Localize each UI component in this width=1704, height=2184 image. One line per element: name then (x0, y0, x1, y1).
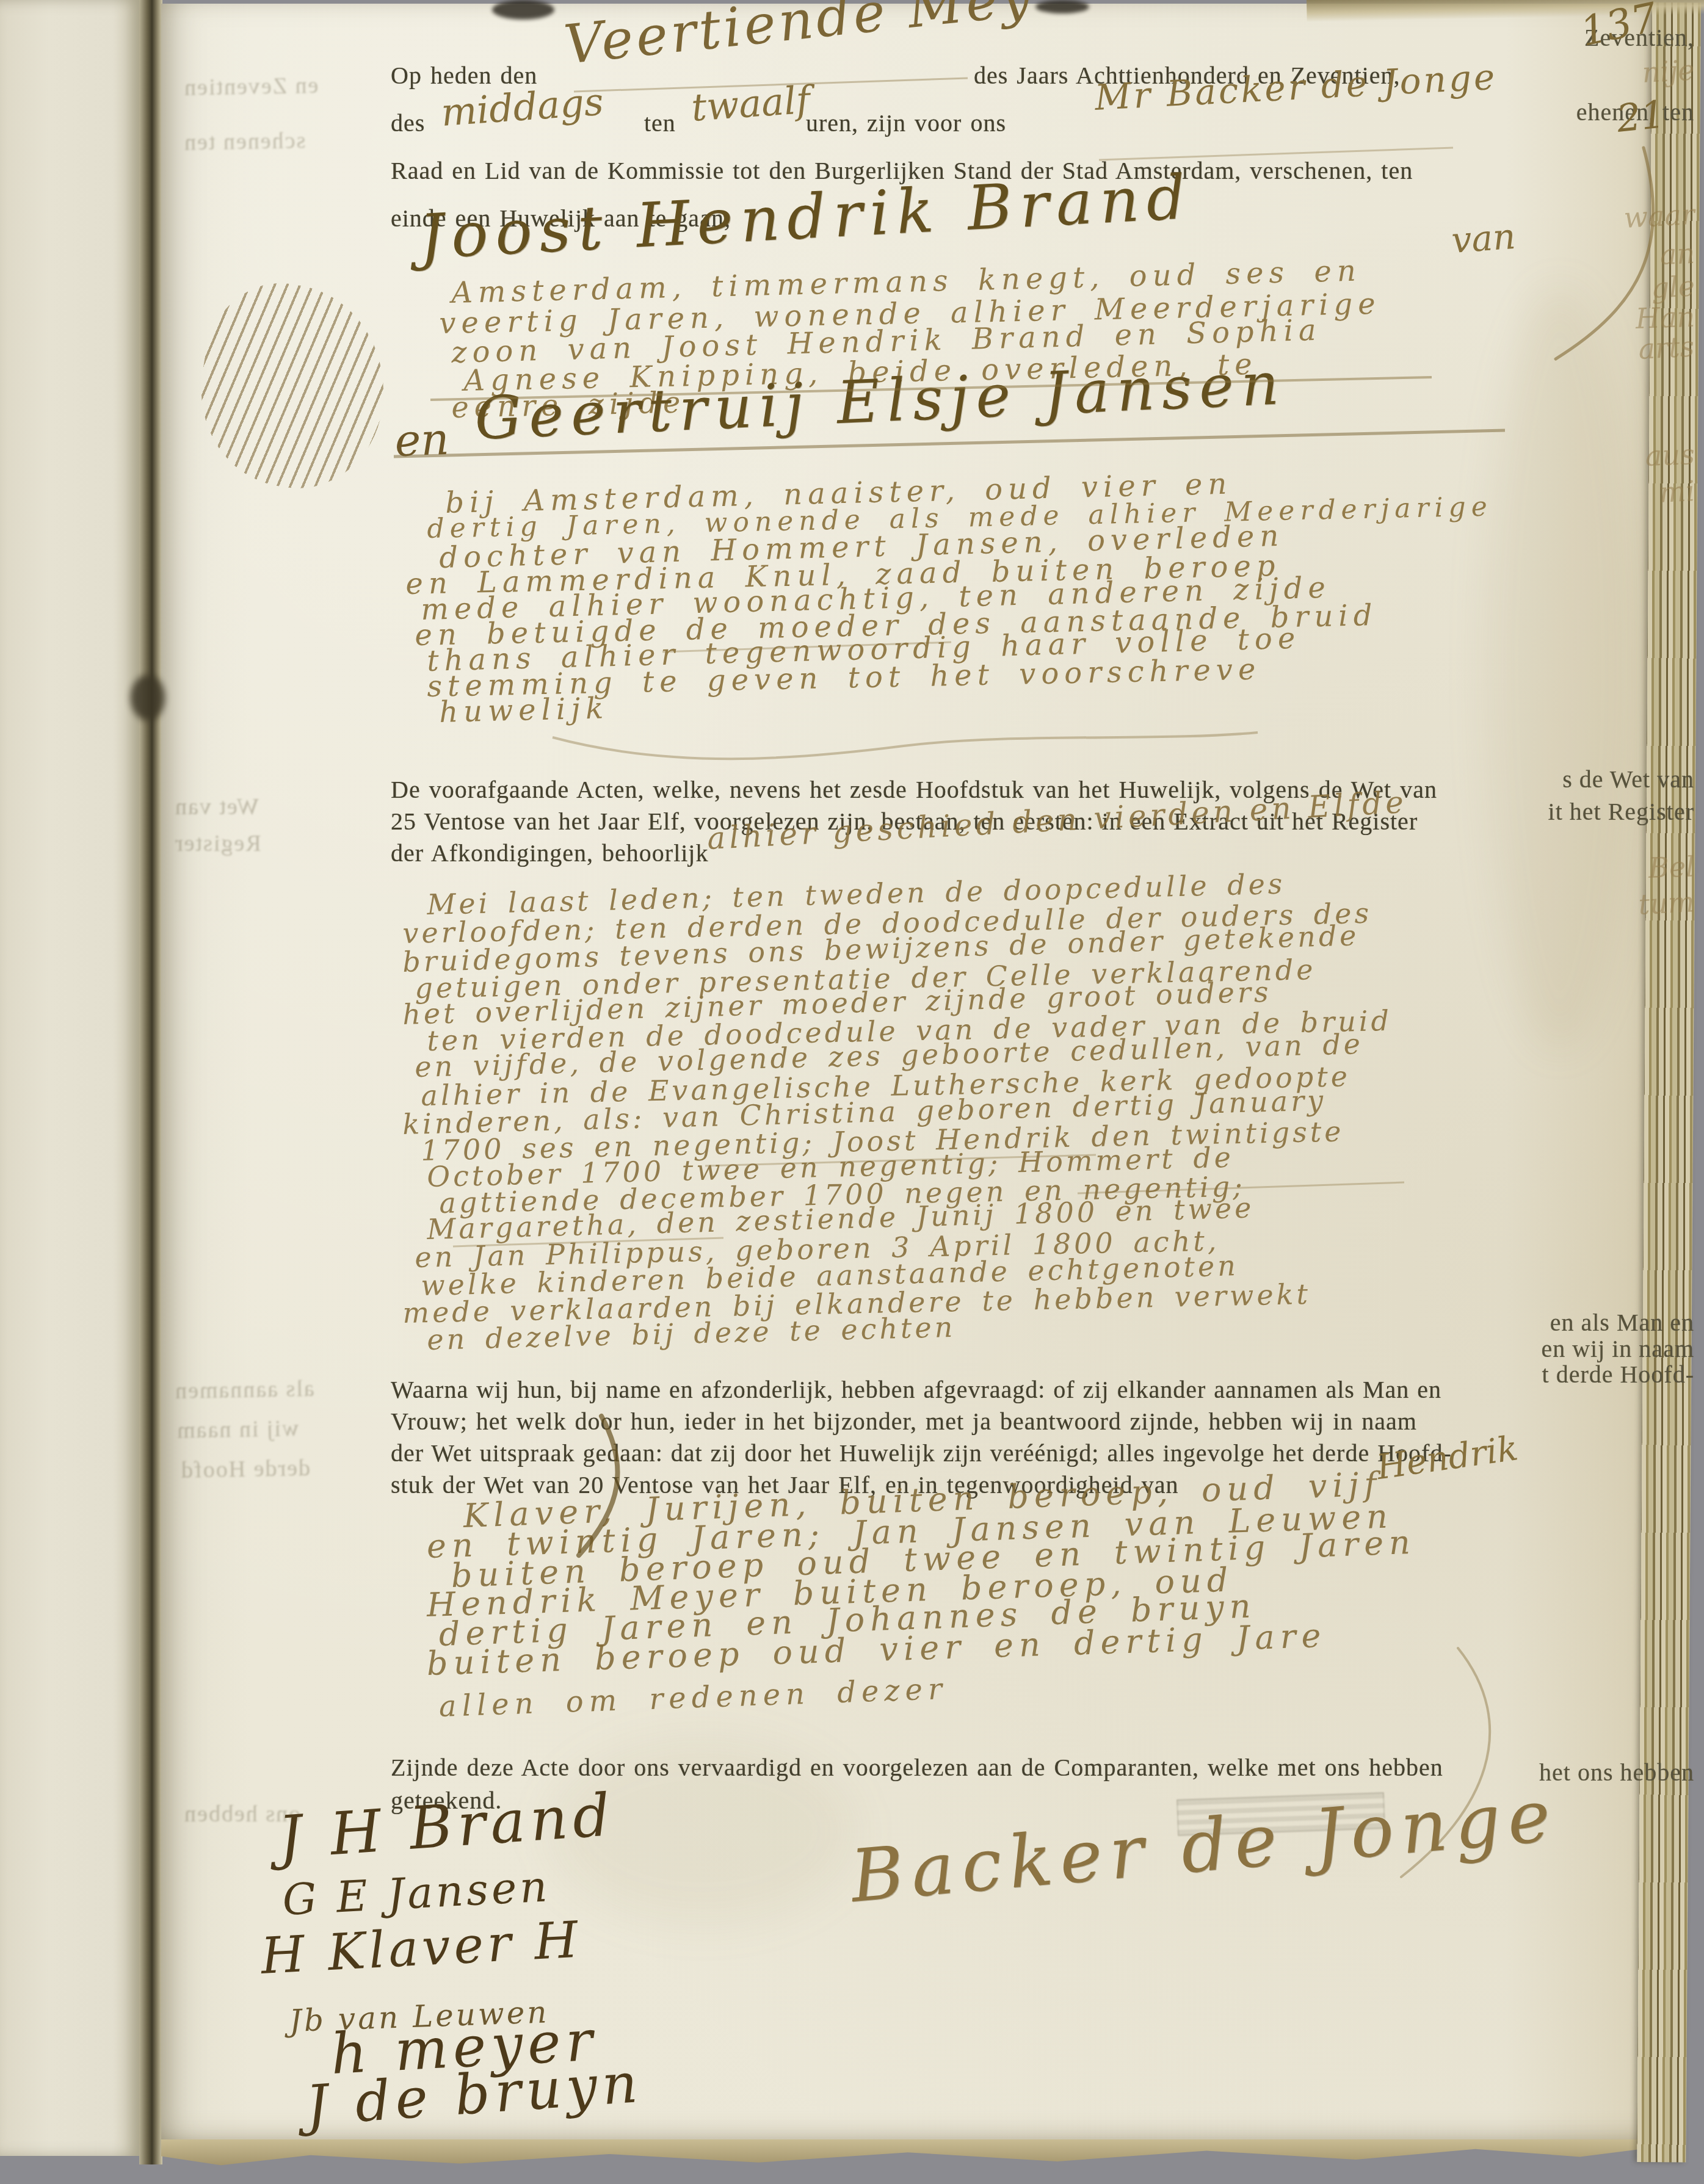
scanned-marriage-record: { "folio": { "page_number": "137", "act_… (0, 0, 1704, 2184)
show-through-text: Wet van (174, 794, 259, 820)
prev-page-hw-fragment: aus (1645, 438, 1695, 472)
prev-page-printed-fragment: en wij in naam (1541, 1334, 1694, 1363)
prev-page-hw-fragment: nije (1641, 54, 1695, 89)
prev-page-printed-fragment: t derde Hoofd- (1542, 1360, 1694, 1389)
prev-page-hw-fragment: tum (1637, 885, 1695, 921)
prev-page-printed-fragment: s de Wet van (1562, 765, 1694, 794)
groom-name-suffix: van (1450, 215, 1517, 261)
prev-page-hw-fragment: Bel (1648, 850, 1695, 884)
previous-page-edge (0, 0, 140, 2156)
prev-page-hw-fragment: gle (1650, 269, 1695, 305)
ink-smudge (492, 0, 554, 20)
prev-page-hw-fragment: arts (1638, 330, 1695, 366)
prev-page-printed-fragment: it het Register (1548, 797, 1694, 826)
prev-page-hw-fragment: waar (1623, 198, 1695, 234)
prev-page-hw-fragment: mi (1658, 474, 1695, 509)
closing-printed-line: Vrouw; het welk door hun, ieder in het b… (391, 1407, 1417, 1436)
act-number: 21 (1614, 92, 1667, 141)
closing-printed-line: der Wet uitspraak gedaan: dat zij door h… (391, 1439, 1452, 1467)
opening-printed-2c: uren, zijn voor ons (806, 109, 1006, 137)
opening-printed-2a: des (391, 109, 425, 137)
torn-bottom-edge (161, 2139, 1655, 2168)
bride-intro: en (394, 413, 450, 466)
ink-smudge (1035, 0, 1089, 13)
opening-hw-hour: twaalf (690, 78, 811, 130)
prev-page-printed-fragment: en als Man en (1550, 1308, 1694, 1337)
bride-line: huwelijk (439, 691, 609, 729)
closing-printed-line: Waarna wij hun, bij name en afzonderlijk… (391, 1375, 1441, 1404)
binding-gutter (139, 0, 162, 2164)
paper-stain (1484, 287, 1636, 1050)
show-through-text: schenen ten (183, 127, 306, 156)
show-through-text: Register (174, 830, 261, 857)
show-through-text: derde Hoofd (180, 1455, 311, 1484)
opening-printed-2b: ten (644, 109, 676, 137)
prev-page-hw-fragment: an (1659, 237, 1695, 271)
attestation-printed-line: Zijnde deze Acte door ons vervaardigd en… (391, 1753, 1443, 1782)
prev-page-printed-fragment: het ons hebben (1539, 1758, 1694, 1787)
show-through-text: en Zeventien (183, 72, 319, 101)
middle-printed-line: der Afkondigingen, behoorlijk (391, 839, 708, 867)
show-through-text: wij in naam (176, 1415, 299, 1444)
show-through-text: als aannamen (174, 1375, 314, 1405)
gutter-ink-blot (131, 675, 165, 720)
